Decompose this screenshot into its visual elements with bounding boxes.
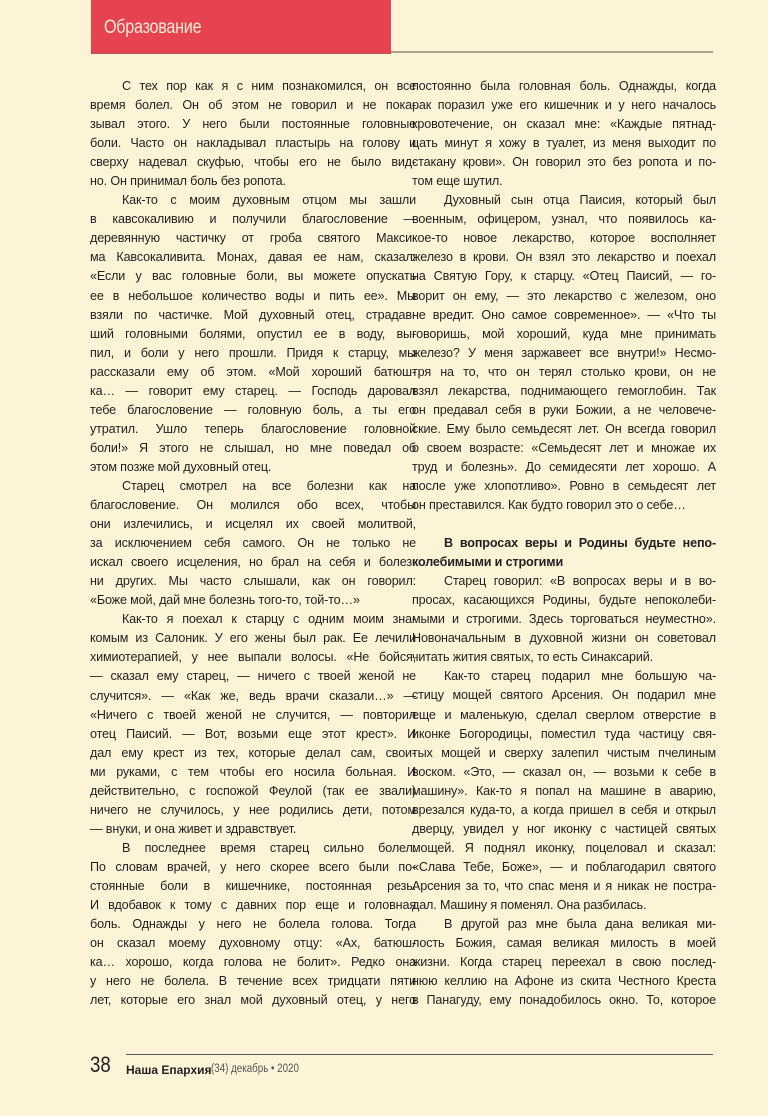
text-line: мощей. Я поднял иконку, поцеловал и сказ… <box>412 839 716 858</box>
text-line: — внуки, и она живет и здравствует. <box>90 820 416 839</box>
text-line: пил, и боли у него прошли. Придя к старц… <box>90 344 416 363</box>
text-line: боли!» Я этого не слышал, но мне поведал… <box>90 439 416 458</box>
text-line: просах, касающихся Родины, будьте непоко… <box>412 591 716 610</box>
text-line: лость Божия, самая великая милость в мое… <box>412 934 716 953</box>
text-line: действительно, с госпожой Феулой (так ее… <box>90 782 416 801</box>
text-line: машину». Как-то я попал на машине в авар… <box>412 782 716 801</box>
text-line: цать минут я хожу в туалет, из меня выхо… <box>412 134 716 153</box>
text-line: дверцу, увидел у ног иконку с частицей с… <box>412 820 716 839</box>
text-line: взяли по частичке. Мой духовный отец, ст… <box>90 306 416 325</box>
header-divider <box>391 51 713 53</box>
text-line: том еще шутил. <box>412 172 716 191</box>
text-line: тря на то, что он терял столько крови, о… <box>412 363 716 382</box>
text-line: железо? У меня заржавеет все внутри!» Не… <box>412 344 716 363</box>
text-line: кое-то новое лекарство, которое восполня… <box>412 229 716 248</box>
subheading: В вопросах веры и Родины будьте непо-кол… <box>412 534 716 572</box>
text-line: отец Паисий. — Вот, возьми еще этот крес… <box>90 725 416 744</box>
text-line: говоришь, мой хороший, куда мне принимат… <box>412 325 716 344</box>
text-line: железо в крови. Он взял это лекарство и … <box>412 248 716 267</box>
text-line: деревянную частичку от гроба святого Мак… <box>90 229 416 248</box>
text-line: случится». — «Как же, ведь врачи сказали… <box>90 687 416 706</box>
text-line: В последнее время старец сильно болел. <box>90 839 416 858</box>
text-line: ее в небольшое количество воды и пить ее… <box>90 287 416 306</box>
text-line: воском. «Это, — сказал он, — возьми к се… <box>412 763 716 782</box>
text-line: Старец говорил: «В вопросах веры и в во- <box>412 572 716 591</box>
text-line: на Святую Гору, к старцу. «Отец Паисий, … <box>412 267 716 286</box>
footer-divider <box>126 1054 713 1055</box>
text-line: ни других. Мы часто слышали, как он гово… <box>90 572 416 591</box>
text-line: он сказал моему духовному отцу: «Ах, бат… <box>90 934 416 953</box>
text-line: стоянные боли в кишечнике, постоянная ре… <box>90 877 416 896</box>
text-line: искал своего исцеления, но брал на себя … <box>90 553 416 572</box>
text-line: он предавал себя в руки Божии, а не чело… <box>412 401 716 420</box>
issue-info: (34) декабрь • 2020 <box>211 1063 299 1075</box>
text-line: тых мощей и сверху залепил чистым пчелин… <box>412 744 716 763</box>
text-line: ка… хорошо, когда голова не болит». Редк… <box>90 953 416 972</box>
text-line: ка… — говорит ему старец. — Господь даро… <box>90 382 416 401</box>
right-text-column: постоянно была головная боль. Однажды, к… <box>412 77 716 1010</box>
page-number: 38 <box>90 1052 111 1078</box>
text-line: дал. Машину я поменял. Она разбилась. <box>412 896 716 915</box>
left-text-column: С тех пор как я с ним познакомился, он в… <box>90 77 416 1010</box>
text-line: врезался куда-то, а когда пришел в себя … <box>412 801 716 820</box>
subheading-line: колебимыми и строгими <box>412 553 716 572</box>
text-line: «Ничего с твоей женой не случится, — пов… <box>90 706 416 725</box>
text-line: военным, офицером, узнал, что появилось … <box>412 210 716 229</box>
text-line: в Панагуду, ему понадобилось окно. То, к… <box>412 991 716 1010</box>
text-line: в кавсокаливию и получили благословение … <box>90 210 416 229</box>
text-line: ма Кавсокаливита. Монах, давая ее нам, с… <box>90 248 416 267</box>
text-line: С тех пор как я с ним познакомился, он в… <box>90 77 416 96</box>
text-line: иконке Богородицы, поместил туда частицу… <box>412 725 716 744</box>
text-line: ворит он ему, — это лекарство с железом,… <box>412 287 716 306</box>
text-line: ми руками, с тем чтобы его носила больна… <box>90 763 416 782</box>
text-line: Как-то с моим духовным отцом мы зашли <box>90 191 416 210</box>
text-line: ничего не случилось, у нее родились дети… <box>90 801 416 820</box>
subheading-line: В вопросах веры и Родины будьте непо- <box>412 534 716 553</box>
text-line: жизни. Когда старец переехал в свою посл… <box>412 953 716 972</box>
text-line: нюю келлию на Афоне из скита Честного Кр… <box>412 972 716 991</box>
text-line: но. Он принимал боль без ропота. <box>90 172 416 191</box>
text-line: кровотечение, он сказал мне: «Каждые пят… <box>412 115 716 134</box>
text-line: ские. Ему было семьдесят лет. Он всегда … <box>412 420 716 439</box>
text-line: Арсения за то, что спас меня и я никак н… <box>412 877 716 896</box>
text-line: стицу мощей святого Арсения. Он подарил … <box>412 686 716 705</box>
text-line: у него не болела. В течение всех тридцат… <box>90 972 416 991</box>
text-line: после уже хлопотливо». Ровно в семьдесят… <box>412 477 716 496</box>
text-line: Как-то я поехал к старцу с одним моим зн… <box>90 610 416 629</box>
text-line: химиотерапией, у нее выпали волосы. «Не … <box>90 648 416 667</box>
text-line: не вредит. Оно самое современное». — «Чт… <box>412 306 716 325</box>
text-line: боли. Часто он накладывал пластырь на го… <box>90 134 416 153</box>
text-line: Духовный сын отца Паисия, который был <box>412 191 716 210</box>
text-line: взял лекарства, поднимающего гемоглобин.… <box>412 382 716 401</box>
text-line: этом позже мой духовный отец. <box>90 458 416 477</box>
text-line: рассказали ему об этом. «Мой хороший бат… <box>90 363 416 382</box>
text-line: благословение. Он молился обо всех, чтоб… <box>90 496 416 515</box>
text-line: он преставился. Как будто говорил это о … <box>412 496 716 515</box>
text-line: Как-то старец подарил мне большую ча- <box>412 667 716 686</box>
text-line: за исключением себя самого. Он не только… <box>90 534 416 553</box>
section-title: Образование <box>104 17 201 39</box>
text-line: утратил. Ушло теперь благословение голов… <box>90 420 416 439</box>
text-line: еще и маленькую, сделал сверлом отверсти… <box>412 706 716 725</box>
text-line: они излечились, и исцелял их своей молит… <box>90 515 416 534</box>
text-line: — сказал ему старец, — ничего с твоей же… <box>90 667 416 686</box>
text-line: По словам врачей, у него скорее всего бы… <box>90 858 416 877</box>
text-line: рак поразил уже его кишечник и у него на… <box>412 96 716 115</box>
text-line: труд и болезнь». До семидесяти лет хорош… <box>412 458 716 477</box>
text-line: «Если у вас головные боли, вы можете опу… <box>90 267 416 286</box>
text-line: сверху надевал скуфью, чтобы его не было… <box>90 153 416 172</box>
text-line: мыми и строгими. Здесь торговаться неуме… <box>412 610 716 629</box>
text-line: комым из Салоник. У его жены был рак. Ее… <box>90 629 416 648</box>
paragraph-spacer <box>412 515 716 534</box>
text-line: боль. Однажды у него не болела голова. Т… <box>90 915 416 934</box>
text-line: стакану крови». Он говорил это без ропот… <box>412 153 716 172</box>
text-line: «Слава Тебе, Боже», — и поблагодарил свя… <box>412 858 716 877</box>
text-line: лет, которые его знал мой духовный отец,… <box>90 991 416 1010</box>
text-line: дал ему крест из тех, которые делал сам,… <box>90 744 416 763</box>
magazine-name: Наша Епархия <box>126 1063 212 1077</box>
text-line: ший головными болями, опустил ее в воду,… <box>90 325 416 344</box>
text-line: И вдобавок к тому с давних пор еще и гол… <box>90 896 416 915</box>
text-line: «Боже мой, дай мне болезнь того-то, той-… <box>90 591 416 610</box>
text-line: зывал этого. У него были постоянные голо… <box>90 115 416 134</box>
text-line: о своем возрасте: «Семьдесят лет и множа… <box>412 439 716 458</box>
text-line: тебе благословение — головную боль, а ты… <box>90 401 416 420</box>
text-line: читать жития святых, то есть Синаксарий. <box>412 648 716 667</box>
text-line: В другой раз мне была дана великая ми- <box>412 915 716 934</box>
text-line: постоянно была головная боль. Однажды, к… <box>412 77 716 96</box>
text-line: время болел. Он об этом не говорил и не … <box>90 96 416 115</box>
text-line: Новоначальным в духовной жизни он совето… <box>412 629 716 648</box>
text-line: Старец смотрел на все болезни как на <box>90 477 416 496</box>
